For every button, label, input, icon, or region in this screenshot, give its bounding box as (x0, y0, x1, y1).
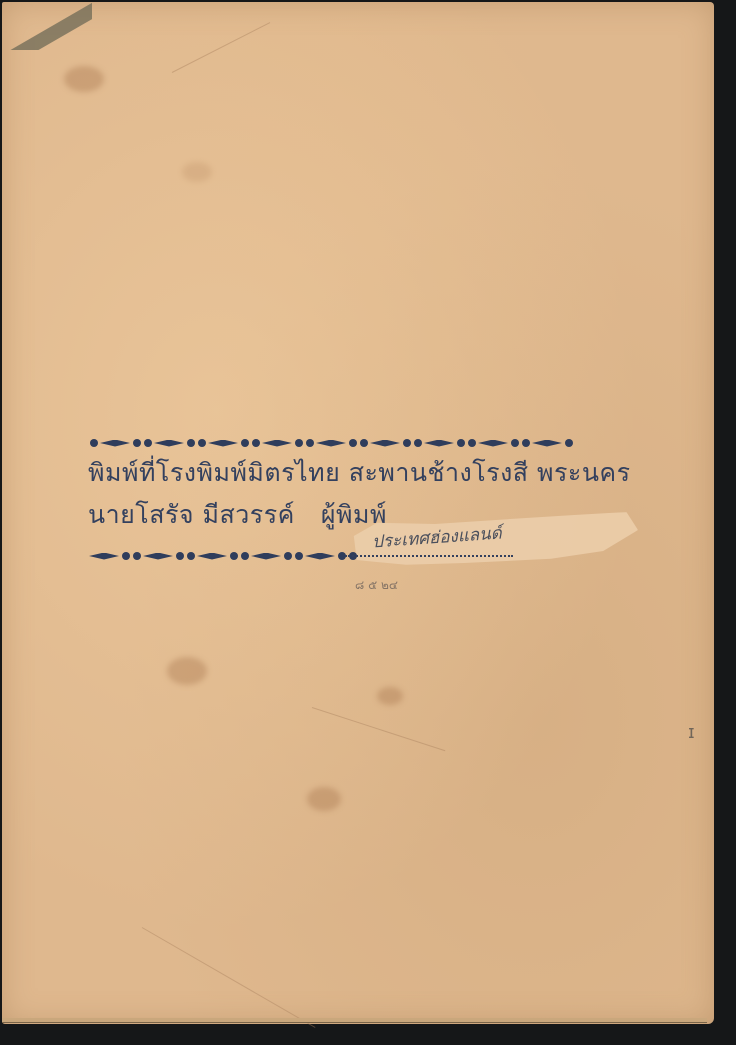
stain (377, 687, 403, 705)
stain (307, 787, 341, 811)
ornament-border-bottom (88, 548, 358, 564)
paper-crease (312, 707, 445, 751)
tape-strip (2, 2, 92, 50)
page-bottom-edge (2, 1018, 707, 1023)
edge-ink-mark: ɪ (688, 722, 698, 748)
ornament-border-top (88, 435, 618, 451)
stain (167, 657, 207, 685)
printer-name: นายโสรัจ มีสวรรค์ (88, 499, 295, 531)
dotted-fill-line (345, 555, 513, 557)
printing-house-line: พิมพ์ที่โรงพิมพ์มิตรไทย สะพานช้างโรงสี พ… (88, 457, 618, 489)
stain (182, 162, 212, 182)
faded-marks: ๘ ๕ ๒๔ (355, 576, 398, 595)
paper-crease (142, 927, 316, 1028)
paper-crease (172, 22, 270, 73)
printer-imprint: พิมพ์ที่โรงพิมพ์มิตรไทย สะพานช้างโรงสี พ… (88, 435, 618, 531)
stain (64, 66, 104, 92)
